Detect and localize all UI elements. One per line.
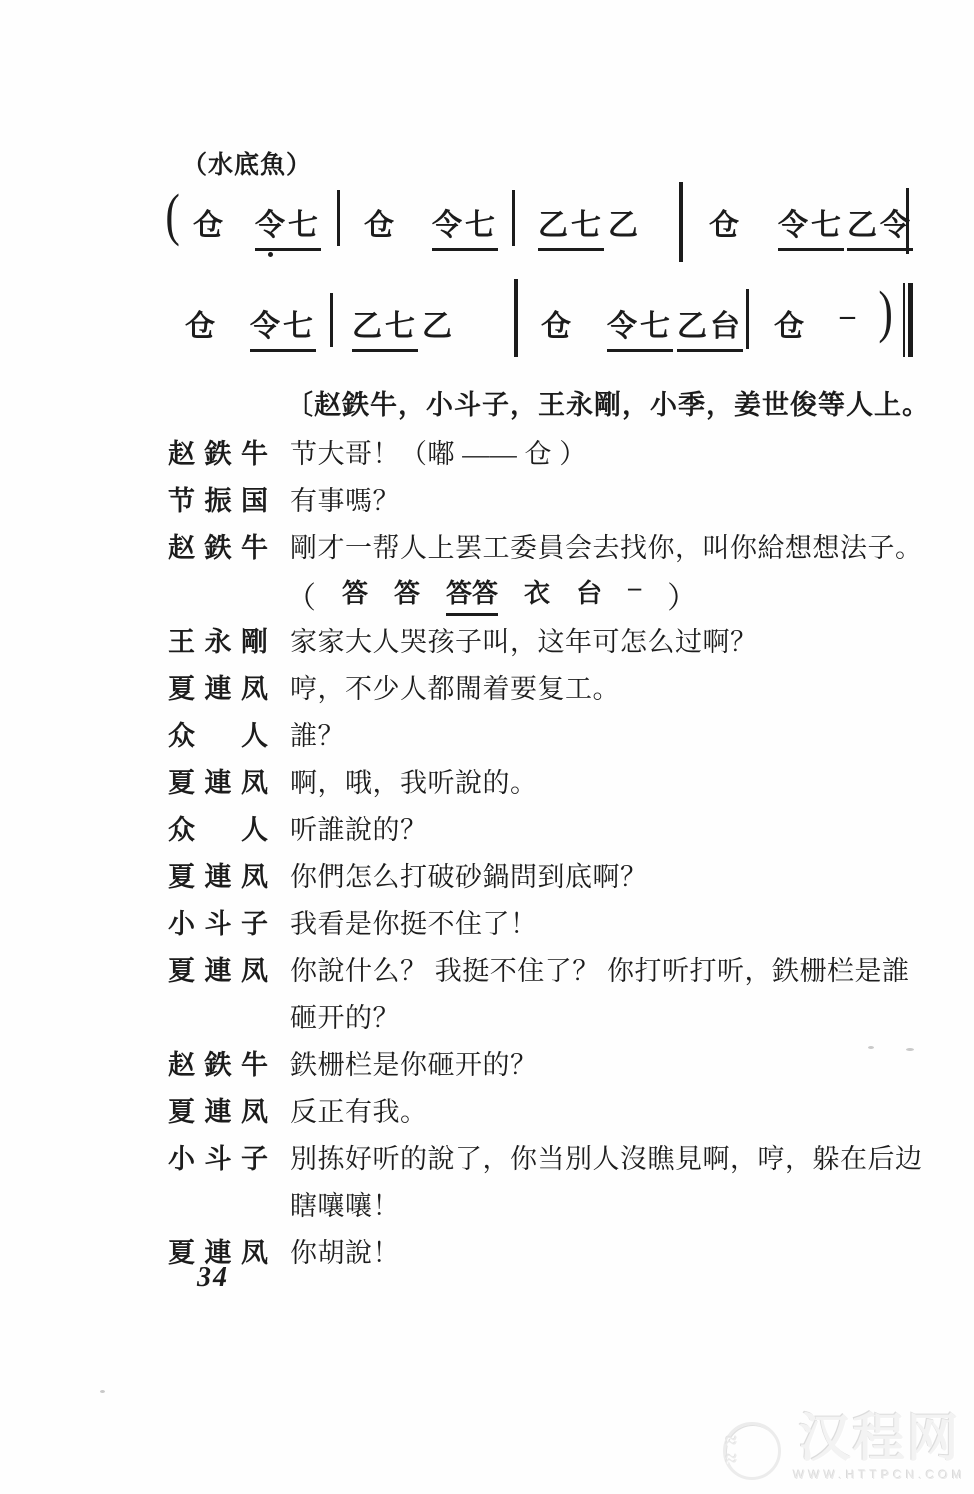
perc-token: （ <box>286 573 316 617</box>
speaker-name: 赵鉄牛 <box>168 1043 268 1082</box>
notation-token: 仓 <box>364 200 397 244</box>
notation-token: 仓 <box>185 301 218 345</box>
dialogue-row: 小斗子 別拣好听的說了，你当別人沒瞧見啊，哼，躲在后边 <box>168 1137 948 1184</box>
dialogue-row: 赵鉄牛 鉄栅栏是你砸开的？ <box>168 1043 948 1090</box>
barline <box>337 190 340 246</box>
watermark-wave-glyph: ≈ <box>725 1448 737 1470</box>
final-barline-thin <box>903 283 905 357</box>
dialogue-text: 有事嗎？ <box>290 479 400 518</box>
dialogue-row: 小斗子 我看是你挺不住了！ <box>168 902 948 949</box>
dialogue-text: 哼，不少人都閙着要复工。 <box>290 667 620 706</box>
dialogue-block: 赵鉄牛 节大哥！（嘟 —— 仓 ） 节振国 有事嗎？ 赵鉄牛 剛才一帮人上罢工委… <box>168 432 948 1278</box>
final-barline-thick <box>908 283 913 357</box>
dialogue-text: 鉄栅栏是你砸开的？ <box>290 1043 538 1082</box>
dialogue-text: 反正有我。 <box>290 1090 428 1129</box>
dialogue-row: 众 人 听誰說的？ <box>168 808 948 855</box>
scanned-script-page: （水底魚） ( 仓 令七 仓 令七 乙七 乙 仓 令七 乙令 仓 令七 乙七 乙… <box>0 0 974 1494</box>
dialogue-continuation: 瞎嚷嚷！ <box>168 1184 948 1231</box>
dialogue-text: 誰？ <box>290 714 345 753</box>
scan-speck <box>906 1048 914 1051</box>
notation-token: 乙七 <box>538 200 604 251</box>
barline-heavy <box>679 182 683 262</box>
page-number: 34 <box>197 1262 229 1294</box>
notation-token: 仓 <box>774 301 807 345</box>
speaker-name: 众 人 <box>168 714 268 753</box>
speaker-name: 节振国 <box>168 479 268 518</box>
notation-token: 仓 <box>709 200 742 244</box>
percussion-line-2: 仓 令七 乙七 乙 仓 令七 乙台 仓 – ) <box>0 293 974 383</box>
dialogue-row: 王永剛 家家大人哭孩子叫，这年可怎么过啊？ <box>168 620 948 667</box>
notation-token: 乙令 <box>847 200 913 251</box>
speaker-name: 赵鉄牛 <box>168 526 268 565</box>
watermark: ≈ ≈ 汉程网 WWW.HTTPCN.COM <box>719 1414 966 1482</box>
speaker-name: 众 人 <box>168 808 268 847</box>
speaker-name: 赵鉄牛 <box>168 432 268 471</box>
speaker-name: 夏連凤 <box>168 667 268 706</box>
perc-token: 答 <box>342 573 368 610</box>
speaker-name: 小斗子 <box>168 1137 268 1176</box>
barline <box>330 293 333 347</box>
watermark-url: WWW.HTTPCN.COM <box>793 1468 966 1482</box>
speaker-name: 王永剛 <box>168 620 268 659</box>
notation-token: 令七 <box>255 200 321 251</box>
notation-token: 乙台 <box>677 301 743 352</box>
scan-speck <box>868 1046 874 1049</box>
notation-token: 乙七 <box>352 301 418 352</box>
dialogue-row: 夏連凤 反正有我。 <box>168 1090 948 1137</box>
open-paren: ( <box>165 186 179 244</box>
notation-token: 乙 <box>422 301 455 345</box>
dialogue-text: 別拣好听的說了，你当別人沒瞧見啊，哼，躲在后边 <box>290 1137 923 1176</box>
perc-token: 答答 <box>446 573 498 616</box>
notation-token: 仓 <box>193 200 226 244</box>
dialogue-row: 赵鉄牛 节大哥！（嘟 —— 仓 ） <box>168 432 948 479</box>
watermark-logo-icon: ≈ ≈ <box>719 1416 783 1480</box>
watermark-text: 汉程网 WWW.HTTPCN.COM <box>793 1414 966 1482</box>
dialogue-continuation: 砸开的？ <box>168 996 948 1043</box>
watermark-brand: 汉程网 <box>799 1414 961 1466</box>
dialogue-row: 赵鉄牛 剛才一帮人上罢工委員会去找你，叫你給想想法子。 <box>168 526 948 573</box>
notation-token: 乙 <box>608 200 641 244</box>
dialogue-row: 夏連凤 你們怎么打破砂鍋問到底啊？ <box>168 855 948 902</box>
dialogue-row: 众 人 誰？ <box>168 714 948 761</box>
notation-token: 仓 <box>541 301 574 345</box>
barline <box>746 289 749 349</box>
beat-dot <box>268 252 273 257</box>
perc-token: 台 <box>576 573 602 610</box>
speaker-name: 小斗子 <box>168 902 268 941</box>
tune-name-label: （水底魚） <box>182 145 312 181</box>
dialogue-text: 听誰說的？ <box>290 808 428 847</box>
speaker-name: 夏連凤 <box>168 855 268 894</box>
speaker-name: 夏連凤 <box>168 1090 268 1129</box>
perc-token: 衣 <box>524 573 550 610</box>
dialogue-text: 剛才一帮人上罢工委員会去找你，叫你給想想法子。 <box>290 526 923 565</box>
percussion-inline-row: （ 答 答 答答 衣 台 – ） <box>168 573 948 620</box>
notation-token: 令七 <box>778 200 844 251</box>
dialogue-text: 你們怎么打破砂鍋問到底啊？ <box>290 855 648 894</box>
dialogue-row: 夏連凤 哼，不少人都閙着要复工。 <box>168 667 948 714</box>
close-paren: ) <box>878 283 892 341</box>
dialogue-row: 夏連凤 啊，哦，我听說的。 <box>168 761 948 808</box>
dialogue-text: 啊，哦，我听說的。 <box>290 761 538 800</box>
dialogue-text: 你說什么？ 我挺不住了？ 你打听打听，鉄栅栏是誰 <box>290 949 910 988</box>
dialogue-text: 我看是你挺不住了！ <box>290 902 538 941</box>
notation-token: 令七 <box>432 200 498 251</box>
barline-heavy <box>514 279 518 357</box>
dialogue-text: 家家大人哭孩子叫，这年可怎么过啊？ <box>290 620 758 659</box>
stage-direction: 〔赵鉄牛，小斗子，王永剛，小季，姜世俊等人上。 <box>286 383 930 422</box>
dialogue-row: 夏連凤 你胡說！ <box>168 1231 948 1278</box>
barline <box>512 190 515 246</box>
dialogue-row: 夏連凤 你說什么？ 我挺不住了？ 你打听打听，鉄栅栏是誰 <box>168 949 948 996</box>
notation-token: 令七 <box>607 301 673 352</box>
dialogue-text: 你胡說！ <box>290 1231 400 1270</box>
dialogue-text: 节大哥！（嘟 —— 仓 ） <box>290 432 587 471</box>
perc-token: 答 <box>394 573 420 610</box>
speaker-name: 夏連凤 <box>168 949 268 988</box>
notation-token: 令七 <box>250 301 316 352</box>
hold-dash: – <box>840 299 855 333</box>
perc-token: ） <box>667 573 697 617</box>
dialogue-row: 节振国 有事嗎？ <box>168 479 948 526</box>
speaker-name: 夏連凤 <box>168 761 268 800</box>
percussion-line-1: ( 仓 令七 仓 令七 乙七 乙 仓 令七 乙令 <box>0 190 974 280</box>
perc-token: – <box>628 573 641 603</box>
barline <box>906 188 909 254</box>
scan-speck <box>100 1390 105 1393</box>
